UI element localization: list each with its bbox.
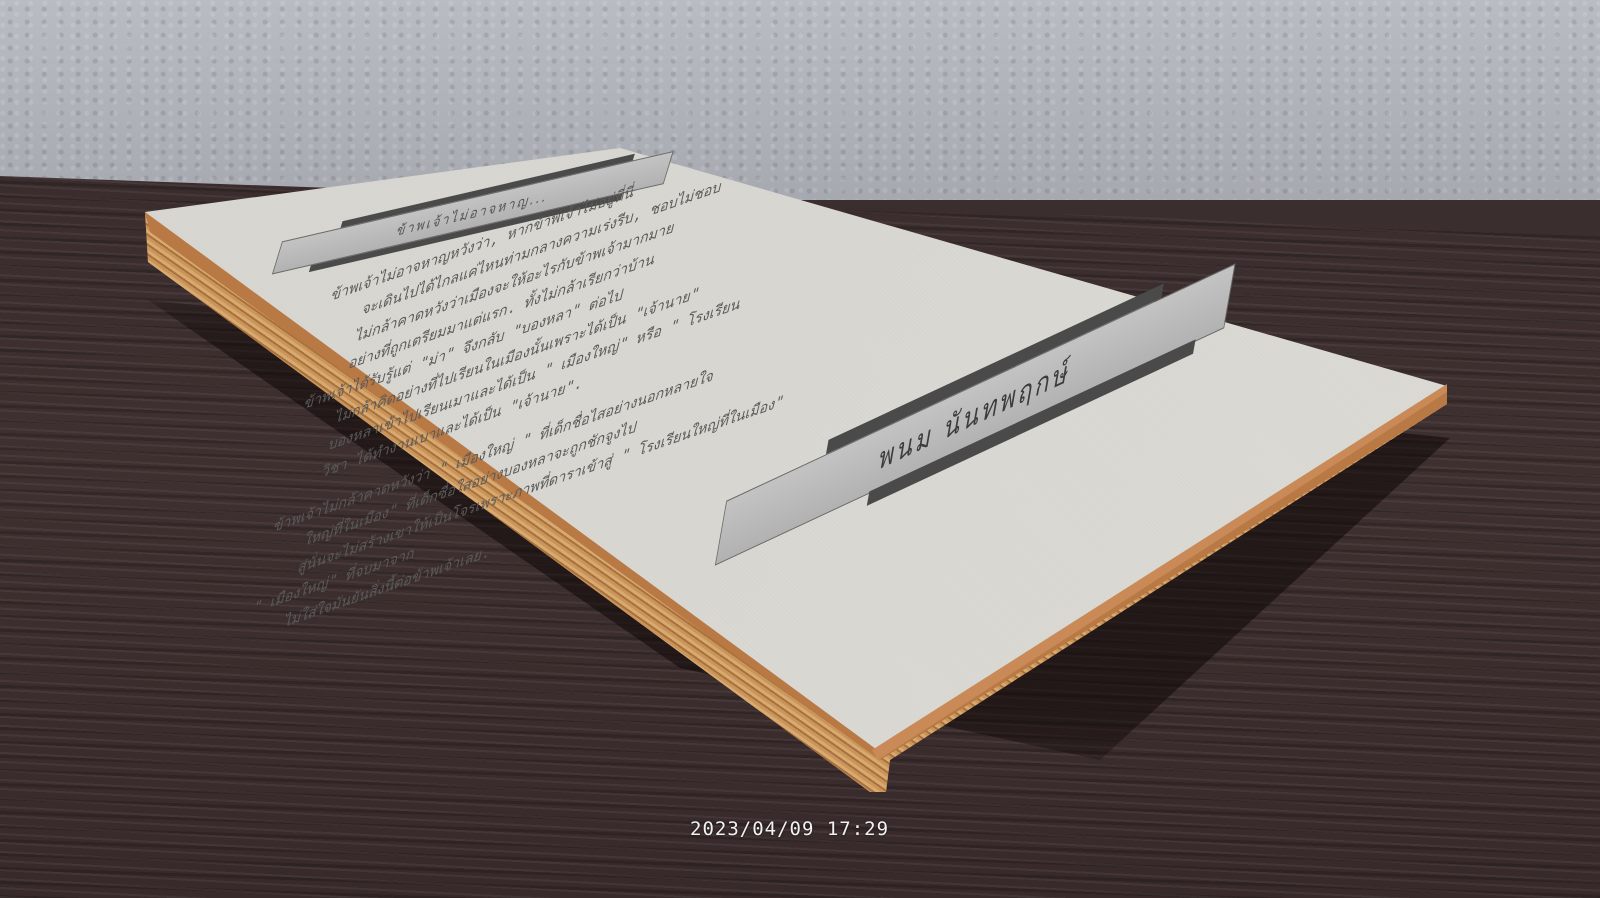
- photo-timestamp: 2023/04/09 17:29: [690, 818, 889, 840]
